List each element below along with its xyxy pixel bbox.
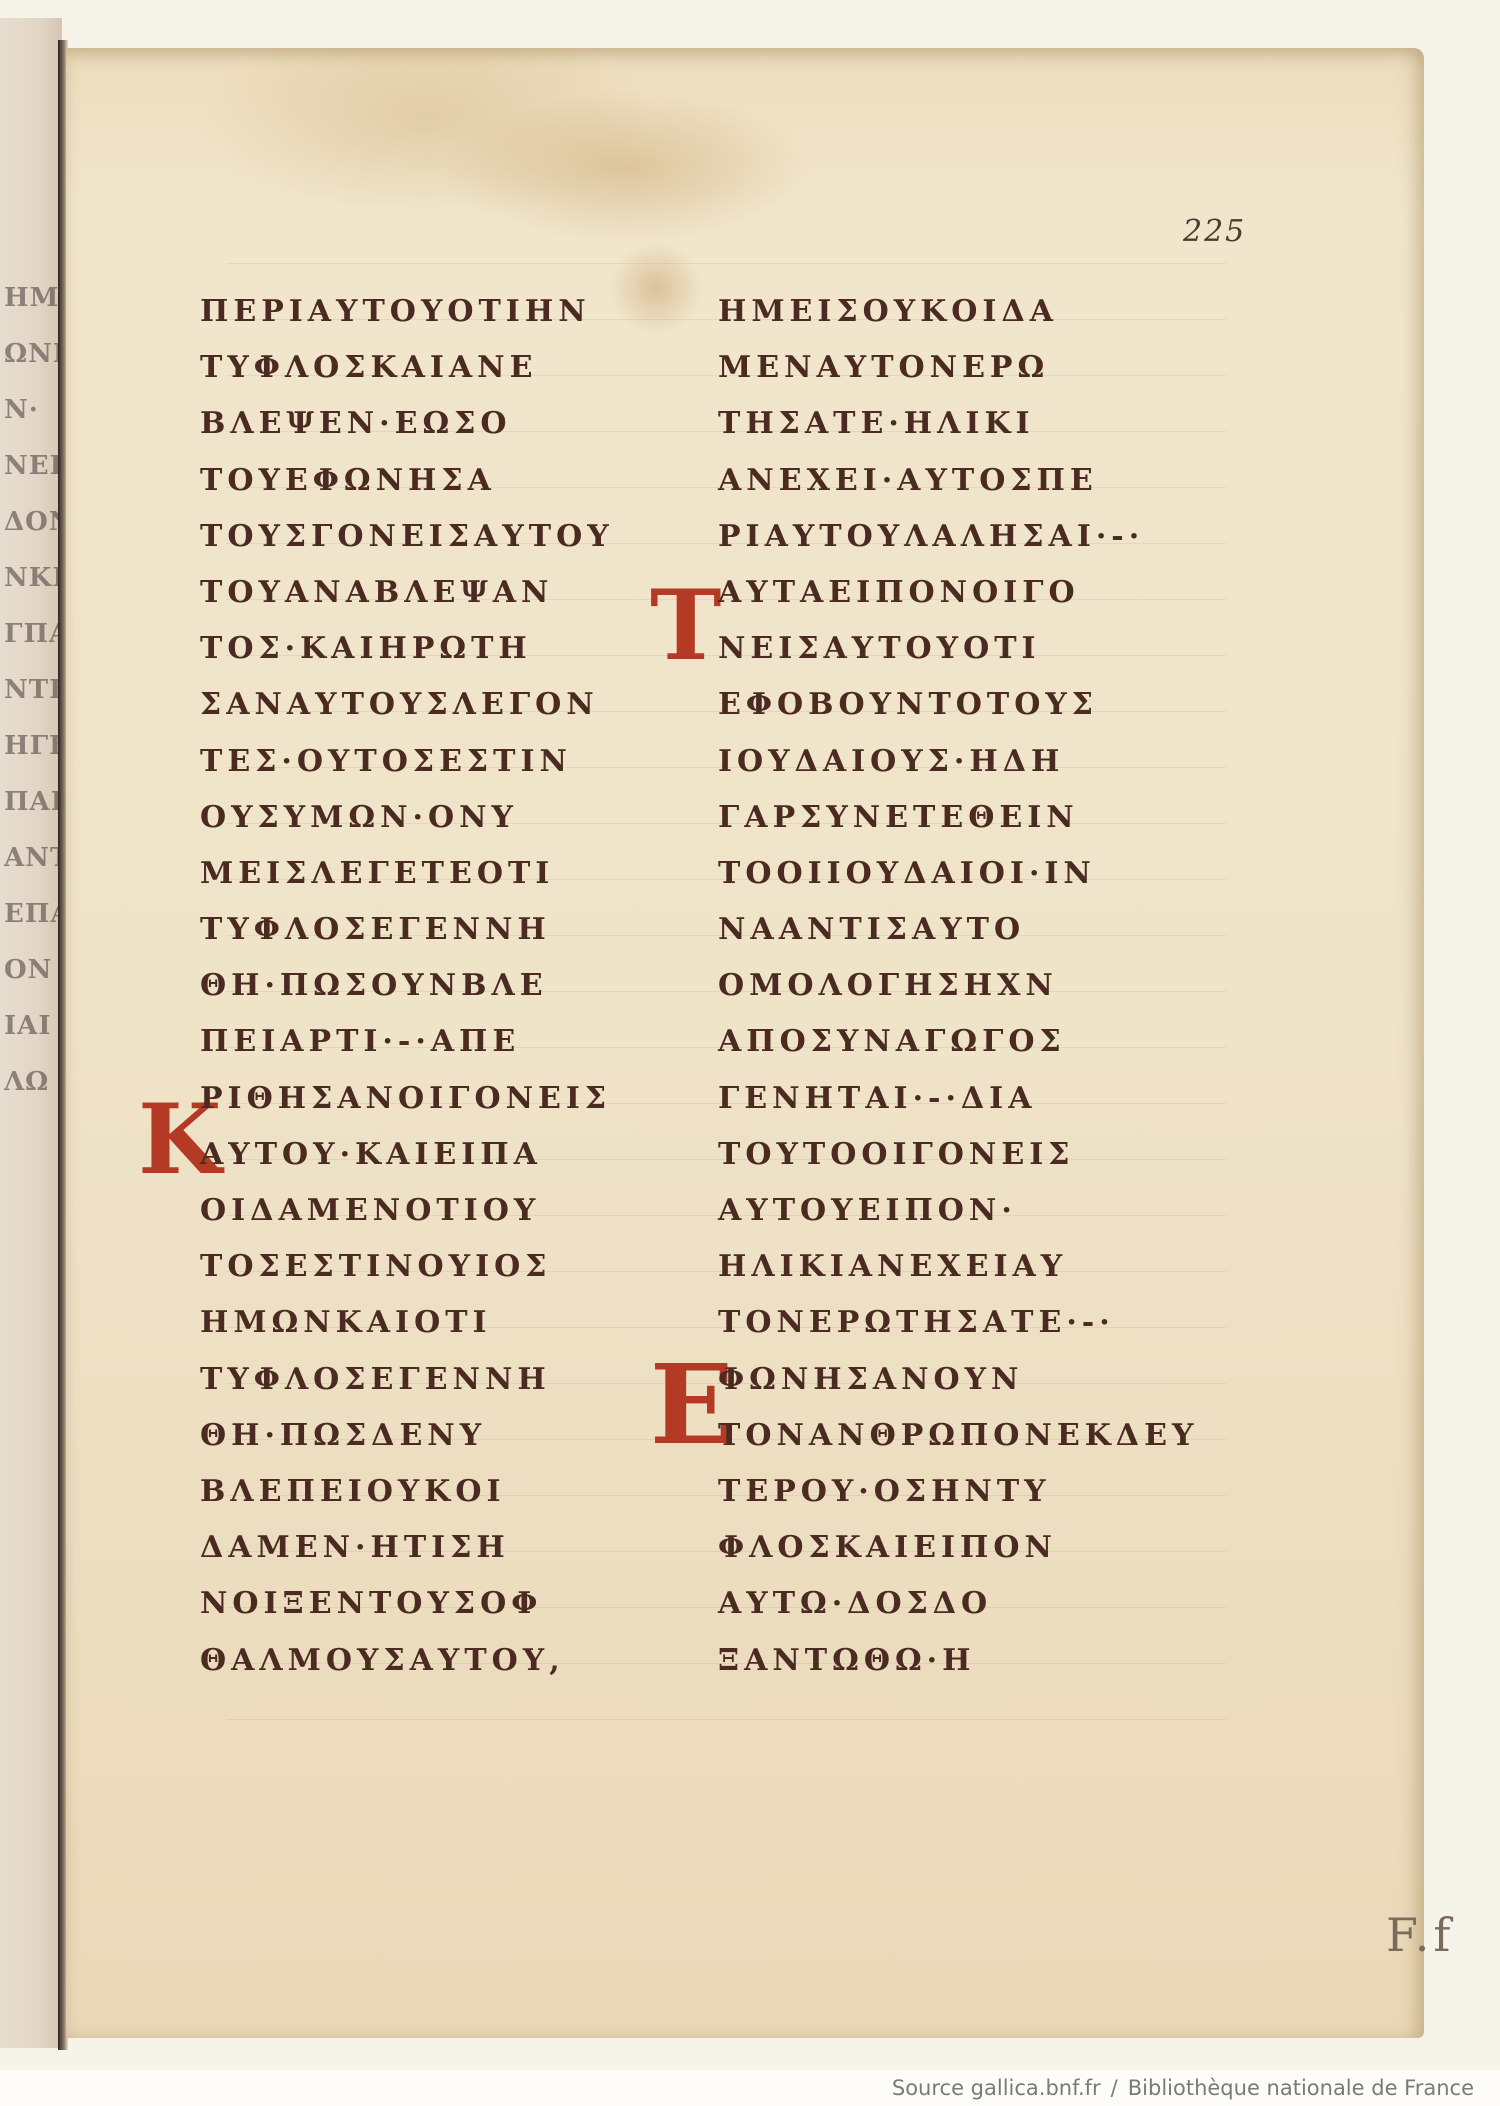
previous-page-text: ΟΝ [4, 955, 60, 985]
previous-page-edge: ΗΜΑΩΝΗΝ·ΝΕΚΔΟΝΤΟΝΚΕΤΙΓΠΑΙΝΤΗΕΗΓΕΙΠΑΙΝΑΝΤ… [0, 18, 62, 2048]
red-initial-tau: Τ [650, 578, 721, 674]
manuscript-line: ΔΑΜΕΝ·ΗΤΙΣΗ [200, 1520, 614, 1576]
previous-page-text: ΓΠΑΙ [4, 619, 60, 649]
manuscript-line: ΕΦΟΒΟΥΝΤΟΤΟΥΣ [718, 677, 1198, 733]
manuscript-line: ΗΛΙΚΙΑΝΕΧΕΙΑΥ [718, 1239, 1198, 1295]
document-viewer: ΗΜΑΩΝΗΝ·ΝΕΚΔΟΝΤΟΝΚΕΤΙΓΠΑΙΝΤΗΕΗΓΕΙΠΑΙΝΑΝΤ… [0, 0, 1500, 2070]
manuscript-line: ΒΛΕΨΕΝ·ΕΩΣΟ [200, 396, 614, 452]
manuscript-line: ΤΕΣ·ΟΥΤΟΣΕΣΤΙΝ [200, 734, 614, 790]
footer-bar: Source gallica.bnf.fr/Bibliothèque natio… [0, 2070, 1500, 2106]
manuscript-line: ΑΥΤΟΥ·ΚΑΙΕΙΠΑ [200, 1127, 614, 1183]
previous-page-text: ΝΚΕΤΙ [4, 563, 60, 593]
manuscript-line: ΘΑΛΜΟΥΣΑΥΤΟΥ, [200, 1633, 614, 1689]
previous-page-text: ΔΟΝΤΟ [4, 507, 60, 537]
manuscript-line: ΘΗ·ΠΩΣΔΕΝΥ [200, 1408, 614, 1464]
previous-page-text: ΑΝΤΟ [4, 843, 60, 873]
manuscript-line: ΟΜΟΛΟΓΗΣΗΧΝ [718, 958, 1198, 1014]
manuscript-line: ΤΟΝΕΡΩΤΗΣΑΤΕ·-· [718, 1295, 1198, 1351]
manuscript-line: ΦΛΟΣΚΑΙΕΙΠΟΝ [718, 1520, 1198, 1576]
previous-page-text: ΛΩ [4, 1067, 60, 1097]
previous-page-text: ΕΠΑ [4, 899, 60, 929]
source-credit: Source gallica.bnf.fr/Bibliothèque natio… [892, 2076, 1474, 2100]
manuscript-line: ΓΕΝΗΤΑΙ·-·ΔΙΑ [718, 1071, 1198, 1127]
text-column-right: ΗΜΕΙΣΟΥΚΟΙΔΑΜΕΝΑΥΤΟΝΕΡΩΤΗΣΑΤΕ·ΗΛΙΚΙΑΝΕΧΕ… [718, 284, 1198, 1689]
previous-page-text: Ν· [4, 395, 60, 425]
manuscript-line: ΤΟΣΕΣΤΙΝΟΥΙΟΣ [200, 1239, 614, 1295]
manuscript-line: ΤΟΥΣΓΟΝΕΙΣΑΥΤΟΥ [200, 509, 614, 565]
manuscript-line: ΠΕΡΙΑΥΤΟΥΟΤΙΗΝ [200, 284, 614, 340]
previous-page-text: ΙΑΙ [4, 1011, 60, 1041]
manuscript-line: ΜΕΙΣΛΕΓΕΤΕΟΤΙ [200, 846, 614, 902]
manuscript-line: ΤΟΣ·ΚΑΙΗΡΩΤΗ [200, 621, 614, 677]
separator: / [1111, 2076, 1118, 2100]
manuscript-line: ΤΟΟΙΙΟΥΔΑΙΟΙ·ΙΝ [718, 846, 1198, 902]
previous-page-text: ΗΜΑ [4, 283, 60, 313]
manuscript-line: ΑΠΟΣΥΝΑΓΩΓΟΣ [718, 1014, 1198, 1070]
manuscript-line: ΒΛΕΠΕΙΟΥΚΟΙ [200, 1464, 614, 1520]
manuscript-line: ΡΙΑΥΤΟΥΛΑΛΗΣΑΙ·-· [718, 509, 1198, 565]
manuscript-line: ΤΟΥΤΟΟΙΓΟΝΕΙΣ [718, 1127, 1198, 1183]
manuscript-line: ΘΗ·ΠΩΣΟΥΝΒΛΕ [200, 958, 614, 1014]
manuscript-line: ΗΜΩΝΚΑΙΟΤΙ [200, 1295, 614, 1351]
manuscript-line: ΣΑΝΑΥΤΟΥΣΛΕΓΟΝ [200, 677, 614, 733]
manuscript-line: ΤΕΡΟΥ·ΟΣΗΝΤΥ [718, 1464, 1198, 1520]
manuscript-line: ΤΥΦΛΟΣΕΓΕΝΝΗ [200, 902, 614, 958]
manuscript-line: ΠΕΙΑΡΤΙ·-·ΑΠΕ [200, 1014, 614, 1070]
manuscript-line: ΤΥΦΛΟΣΚΑΙΑΝΕ [200, 340, 614, 396]
manuscript-line: ΝΕΙΣΑΥΤΟΥΟΤΙ [718, 621, 1198, 677]
manuscript-line: ΓΑΡΣΥΝΕΤΕΘΕΙΝ [718, 790, 1198, 846]
manuscript-line: ΑΝΕΧΕΙ·ΑΥΤΟΣΠΕ [718, 453, 1198, 509]
manuscript-line: ΟΥΣΥΜΩΝ·ΟΝΥ [200, 790, 614, 846]
manuscript-line: ΤΟΥΑΝΑΒΛΕΨΑΝ [200, 565, 614, 621]
manuscript-line: ΤΟΥΕΦΩΝΗΣΑ [200, 453, 614, 509]
previous-page-text: ΩΝΗ [4, 339, 60, 369]
manuscript-line: ΑΥΤΟΥΕΙΠΟΝ· [718, 1183, 1198, 1239]
manuscript-line: ΑΥΤΩ·ΔΟΣΔΟ [718, 1576, 1198, 1632]
manuscript-line: ΜΕΝΑΥΤΟΝΕΡΩ [718, 340, 1198, 396]
institution-name: Bibliothèque nationale de France [1128, 2076, 1474, 2100]
source-link[interactable]: Source gallica.bnf.fr [892, 2076, 1101, 2100]
text-column-left: ΠΕΡΙΑΥΤΟΥΟΤΙΗΝΤΥΦΛΟΣΚΑΙΑΝΕΒΛΕΨΕΝ·ΕΩΣΟΤΟΥ… [200, 284, 614, 1689]
previous-page-text: ΝΕΚ [4, 451, 60, 481]
previous-page-text: ΠΑΙΝ [4, 787, 60, 817]
manuscript-line: ΞΑΝΤΩΘΩ·Η [718, 1633, 1198, 1689]
manuscript-line: ΝΑΑΝΤΙΣΑΥΤΟ [718, 902, 1198, 958]
manuscript-line: ΙΟΥΔΑΙΟΥΣ·ΗΔΗ [718, 734, 1198, 790]
folio-number: 225 [1183, 214, 1246, 249]
manuscript-line: ΟΙΔΑΜΕΝΟΤΙΟΥ [200, 1183, 614, 1239]
manuscript-line: ΡΙΘΗΣΑΝΟΙΓΟΝΕΙΣ [200, 1071, 614, 1127]
manuscript-line: ΤΟΝΑΝΘΡΩΠΟΝΕΚΔΕΥ [718, 1408, 1198, 1464]
manuscript-line: ΤΥΦΛΟΣΕΓΕΝΝΗ [200, 1352, 614, 1408]
shelfmark-note: F.f [1386, 1908, 1454, 1962]
previous-page-text: ΝΤΗΕ [4, 675, 60, 705]
manuscript-line: ΦΩΝΗΣΑΝΟΥΝ [718, 1352, 1198, 1408]
previous-page-text: ΗΓΕΙ [4, 731, 60, 761]
manuscript-line: ΗΜΕΙΣΟΥΚΟΙΔΑ [718, 284, 1198, 340]
manuscript-line: ΝΟΙΞΕΝΤΟΥΣΟΦ [200, 1576, 614, 1632]
manuscript-line: ΤΗΣΑΤΕ·ΗΛΙΚΙ [718, 396, 1198, 452]
manuscript-line: ΑΥΤΑΕΙΠΟΝΟΙΓΟ [718, 565, 1198, 621]
